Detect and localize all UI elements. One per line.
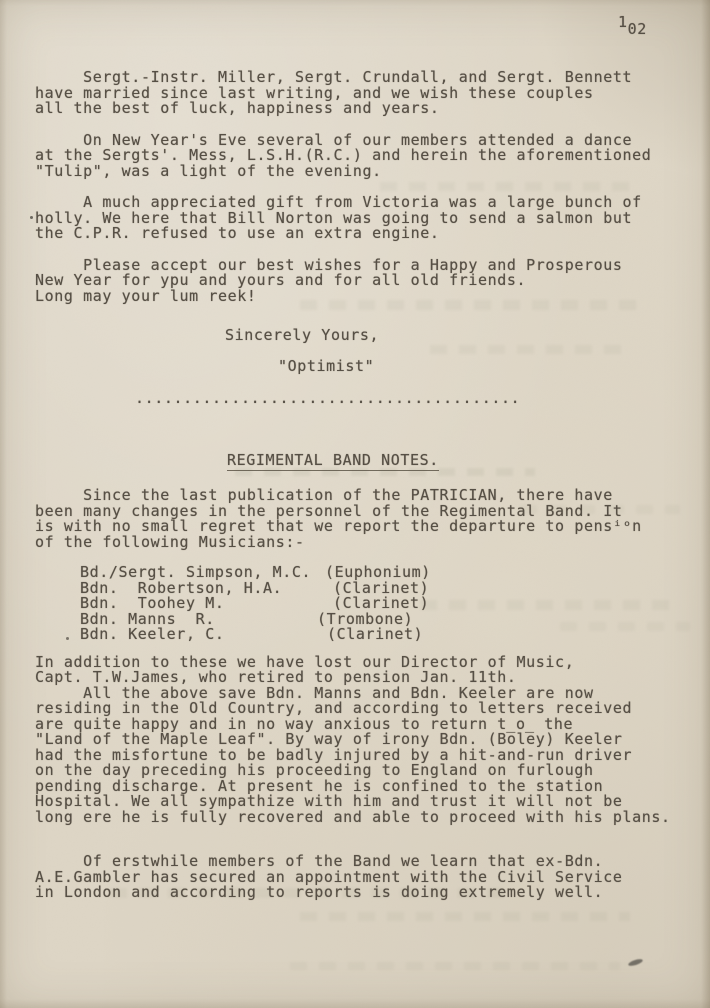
bleedthrough-smear — [300, 912, 630, 921]
band-notes-paragraph-departures: In addition to these we have lost our Di… — [35, 655, 690, 826]
musician-name: Bdn. Keeler, C. — [80, 627, 325, 643]
letter-signature: "Optimist" — [278, 359, 690, 375]
letter-paragraph-marriages: Sergt.-Instr. Miller, Sergt. Crundall, a… — [35, 70, 690, 117]
section-heading: REGIMENTAL BAND NOTES. — [227, 453, 690, 469]
dotted-separator: ........................................ — [135, 391, 690, 407]
document-page: 102 Sergt.-Instr. Miller, Sergt. Crundal… — [0, 0, 710, 1008]
musician-instrument: (Clarinet) — [327, 627, 423, 643]
letter-paragraph-victoria-gift: A much appreciated gift from Victoria wa… — [35, 195, 690, 242]
letter-signoff: Sincerely Yours, — [225, 328, 690, 344]
bleedthrough-smear — [290, 962, 620, 970]
letter-paragraph-best-wishes: Please accept our best wishes for a Happ… — [35, 258, 690, 305]
letter-paragraph-new-years-eve: On New Year's Eve several of our members… — [35, 133, 690, 180]
band-notes-intro: Since the last publication of the PATRIC… — [35, 488, 690, 550]
ink-smudge — [628, 958, 644, 967]
typewritten-content: Sergt.-Instr. Miller, Sergt. Crundall, a… — [0, 0, 710, 901]
musicians-list: Bd./Sergt. Simpson, M.C.(Euphonium) Bdn.… — [80, 565, 690, 643]
band-notes-paragraph-gambler: Of erstwhile members of the Band we lear… — [35, 854, 690, 901]
musician-row: Bdn. Keeler, C.(Clarinet) — [80, 627, 690, 643]
section-heading-text: REGIMENTAL BAND NOTES. — [227, 451, 439, 471]
